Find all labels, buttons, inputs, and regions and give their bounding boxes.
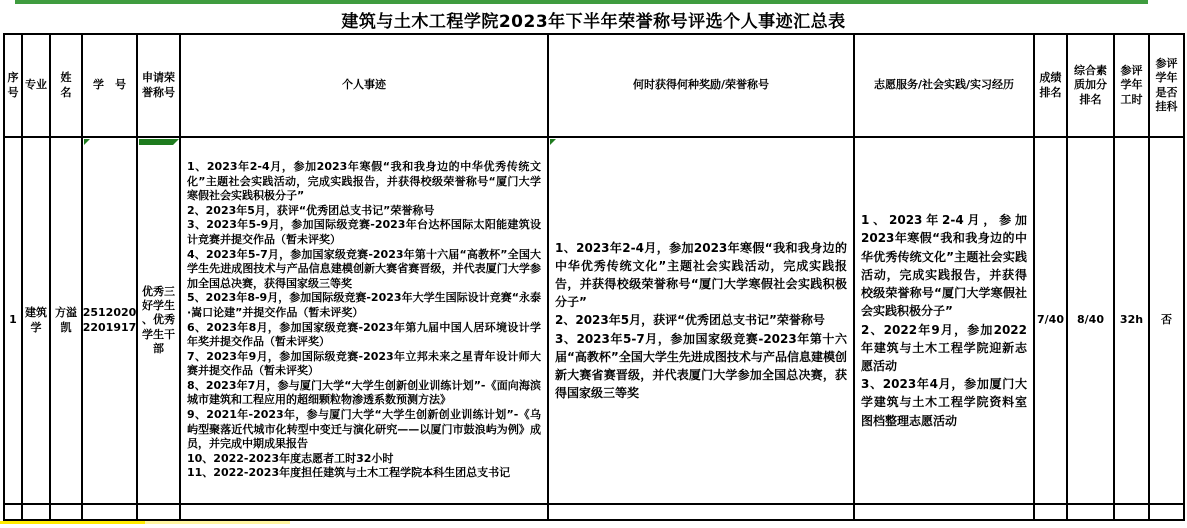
row-highlight-bar [0, 521, 145, 524]
personal-deeds-text: 1、2023年2-4月，参加2023年寒假“我和我身边的中华优秀传统文化”主题社… [187, 160, 541, 481]
col-header-awards[interactable]: 何时获得何种奖励/荣誉称号 [549, 35, 855, 138]
cell-hours[interactable]: 32h [1115, 138, 1150, 505]
hours-value: 32h [1120, 313, 1143, 327]
col-header-volunteer[interactable]: 志愿服务/社会实践/实习经历 [855, 35, 1035, 138]
col-header-student-id[interactable]: 学 号 [83, 35, 138, 138]
col-header-failed-label: 参评学年是否挂科 [1155, 57, 1179, 114]
student-id-value: 2512020 2201917 [83, 306, 136, 335]
cell-name[interactable]: 方溢凯 [51, 138, 83, 505]
spreadsheet-page: 建筑与土木工程学院2023年下半年荣誉称号评选个人事迹汇总表 序号 专业 姓名 … [0, 0, 1187, 528]
awards-text: 1、2023年2-4月，参加2023年寒假“我和我身边的中华优秀传统文化”主题社… [555, 239, 847, 403]
grade-rank-value: 7/40 [1037, 313, 1064, 327]
seq-value: 1 [9, 313, 17, 327]
empty-cell[interactable] [83, 505, 138, 521]
col-header-hours[interactable]: 参评学年工时 [1115, 35, 1150, 138]
empty-cell[interactable] [51, 505, 83, 521]
col-header-volunteer-label: 志愿服务/社会实践/实习经历 [874, 78, 1014, 92]
volunteer-text: 1、2023年2-4月，参加2023年寒假“我和我身边的中华优秀传统文化”主题社… [861, 211, 1027, 429]
cell-volunteer[interactable]: 1、2023年2-4月，参加2023年寒假“我和我身边的中华优秀传统文化”主题社… [855, 138, 1035, 505]
cell-error-marker-icon [550, 139, 556, 145]
cell-awards[interactable]: 1、2023年2-4月，参加2023年寒假“我和我身边的中华优秀传统文化”主题社… [549, 138, 855, 505]
col-header-applied-honor-label: 申请荣誉称号 [142, 71, 176, 100]
col-header-major[interactable]: 专业 [23, 35, 51, 138]
summary-table: 序号 专业 姓名 学 号 申请荣誉称号 个人事迹 何时获得何种奖励/荣誉称号 志… [3, 33, 1185, 521]
cell-personal-deeds[interactable]: 1、2023年2-4月，参加2023年寒假“我和我身边的中华优秀传统文化”主题社… [181, 138, 549, 505]
col-header-name-label: 姓名 [60, 71, 72, 100]
empty-cell[interactable] [1115, 505, 1150, 521]
col-header-major-label: 专业 [25, 78, 47, 92]
empty-cell[interactable] [1150, 505, 1185, 521]
quality-rank-value: 8/40 [1077, 313, 1104, 327]
name-value: 方溢凯 [54, 306, 78, 335]
empty-cell[interactable] [181, 505, 549, 521]
col-header-seq[interactable]: 序号 [5, 35, 23, 138]
empty-cell[interactable] [1068, 505, 1115, 521]
empty-cell[interactable] [549, 505, 855, 521]
cell-quality-rank[interactable]: 8/40 [1068, 138, 1115, 505]
col-header-personal-deeds-label: 个人事迹 [342, 78, 386, 92]
cell-grade-rank[interactable]: 7/40 [1035, 138, 1068, 505]
major-value: 建筑学 [24, 306, 48, 335]
cell-failed[interactable]: 否 [1150, 138, 1185, 505]
col-header-grade-rank-label: 成绩排名 [1039, 71, 1063, 100]
col-header-name[interactable]: 姓名 [51, 35, 83, 138]
cell-error-marker-icon [84, 139, 90, 145]
empty-cell[interactable] [1035, 505, 1068, 521]
failed-value: 否 [1161, 313, 1172, 327]
sheet-title: 建筑与土木工程学院2023年下半年荣誉称号评选个人事迹汇总表 [0, 7, 1187, 32]
empty-cell[interactable] [855, 505, 1035, 521]
col-header-applied-honor[interactable]: 申请荣誉称号 [138, 35, 181, 138]
selection-highlight-bar [15, 0, 1148, 4]
cell-student-id[interactable]: 2512020 2201917 [83, 138, 138, 505]
cell-error-marker-icon [139, 139, 179, 145]
empty-cell[interactable] [5, 505, 23, 521]
col-header-grade-rank[interactable]: 成绩排名 [1035, 35, 1068, 138]
col-header-seq-label: 序号 [7, 71, 19, 100]
col-header-personal-deeds[interactable]: 个人事迹 [181, 35, 549, 138]
cell-applied-honor[interactable]: 优秀三好学生、优秀学生干部 [138, 138, 181, 505]
col-header-hours-label: 参评学年工时 [1120, 64, 1144, 107]
col-header-quality-rank-label: 综合素质加分排名 [1074, 64, 1108, 107]
cell-major[interactable]: 建筑学 [23, 138, 51, 505]
col-header-quality-rank[interactable]: 综合素质加分排名 [1068, 35, 1115, 138]
col-header-awards-label: 何时获得何种奖励/荣誉称号 [633, 78, 769, 92]
cell-seq[interactable]: 1 [5, 138, 23, 505]
col-header-failed[interactable]: 参评学年是否挂科 [1150, 35, 1185, 138]
col-header-student-id-label: 学 号 [93, 78, 126, 92]
empty-cell[interactable] [138, 505, 181, 521]
applied-honor-value: 优秀三好学生、优秀学生干部 [142, 285, 176, 356]
empty-cell[interactable] [23, 505, 51, 521]
row-highlight-bar-faded [145, 521, 290, 524]
